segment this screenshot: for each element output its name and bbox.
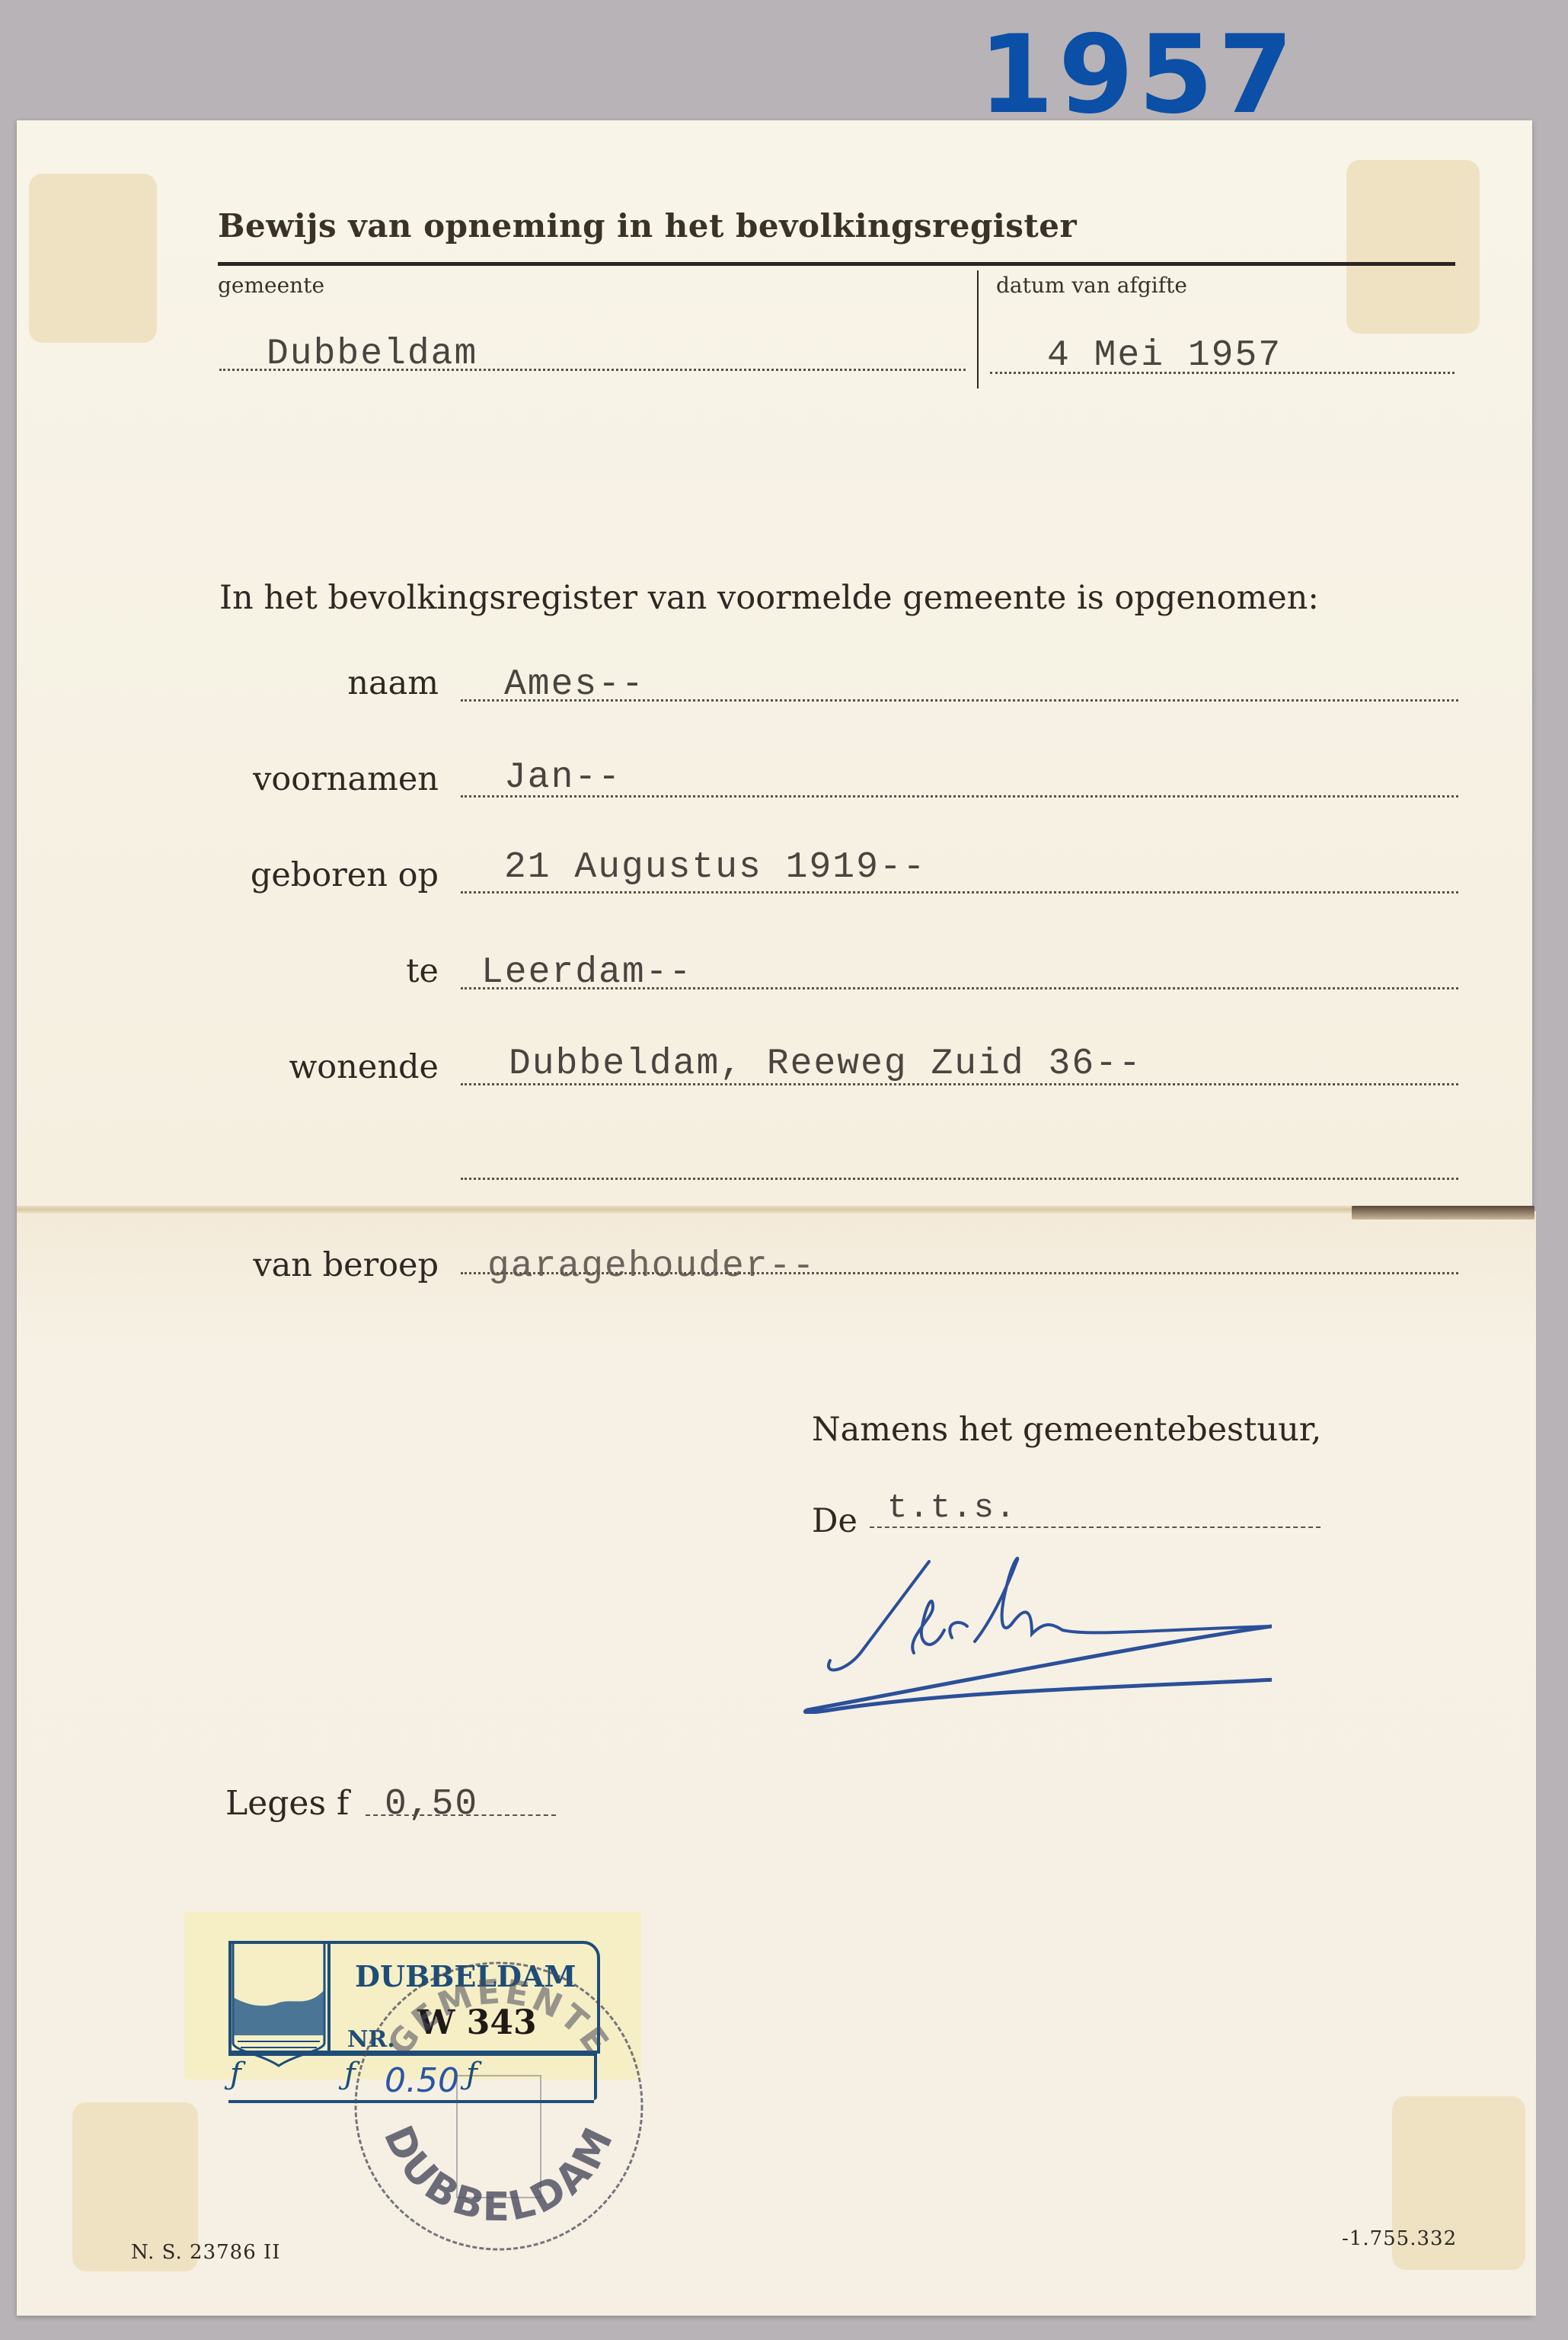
- field-label-van-beroep: van beroep: [187, 1246, 439, 1284]
- print-run-number: -1.755.332: [1342, 2227, 1457, 2250]
- de-value: t.t.s.: [887, 1489, 1017, 1527]
- tape-mark-top-right: [1346, 160, 1480, 334]
- field-line-geboren-op: [461, 891, 1458, 893]
- de-dotted-line: [870, 1526, 1321, 1528]
- postmark-icon: DUBBELDAM GEMEENTE: [350, 1958, 647, 2255]
- datum-label: datum van afgifte: [996, 273, 1187, 298]
- fee-dotted-line: [366, 1814, 556, 1816]
- tape-mark-top-left: [29, 174, 157, 343]
- document-title: Bewijs van opneming in het bevolkingsreg…: [218, 207, 1077, 245]
- header-column-divider: [977, 270, 979, 388]
- field-line-van-beroep: [461, 1272, 1458, 1274]
- svg-text:GEMEENTE: GEMEENTE: [380, 1972, 618, 2063]
- field-label-wonende: wonende: [187, 1048, 439, 1086]
- intro-text: In het bevolkingsregister van voormelde …: [219, 579, 1319, 617]
- field-label-geboren-op: geboren op: [187, 856, 439, 894]
- field-value-voornamen: Jan--: [504, 757, 621, 798]
- field-line-voornamen: [461, 795, 1458, 798]
- tear-mark: [1352, 1206, 1534, 1220]
- field-label-voornamen: voornamen: [187, 760, 439, 798]
- field-value-van-beroep: garagehouder--: [487, 1246, 816, 1287]
- on-behalf-text: Namens het gemeentebestuur,: [812, 1411, 1321, 1449]
- florin-symbol-1: ƒ: [230, 2057, 241, 2092]
- year-label: 1957: [979, 21, 1298, 129]
- gemeente-label: gemeente: [218, 273, 324, 298]
- svg-text:DUBBELDAM: DUBBELDAM: [375, 2118, 624, 2230]
- paper-lower-half: [17, 1211, 1536, 2316]
- field-line-naam: [461, 699, 1458, 702]
- field-line-te: [461, 987, 1458, 989]
- signature-icon: [800, 1546, 1272, 1714]
- fold-line: [17, 1206, 1532, 1213]
- datum-value: 4 Mei 1957: [1047, 335, 1282, 376]
- coat-of-arms-icon: [232, 1944, 326, 2093]
- fee-value: 0,50: [385, 1784, 478, 1825]
- field-label-naam: naam: [187, 664, 439, 702]
- datum-dotted-line: [990, 372, 1455, 374]
- field-label-te: te: [187, 952, 439, 990]
- postmark-top-text: GEMEENTE: [380, 1972, 618, 2063]
- de-label: De: [812, 1502, 857, 1540]
- field-line-extra: [461, 1178, 1458, 1180]
- form-code: N. S. 23786 II: [131, 2241, 281, 2264]
- fee-label: Leges f: [225, 1784, 349, 1823]
- field-line-wonende: [461, 1083, 1458, 1085]
- field-value-wonende: Dubbeldam, Reeweg Zuid 36--: [509, 1044, 1142, 1085]
- title-rule: [218, 262, 1455, 266]
- stamp-crest-divider: [327, 1942, 331, 2055]
- gemeente-dotted-line: [219, 369, 966, 371]
- field-value-geboren-op: 21 Augustus 1919--: [504, 847, 926, 888]
- postmark-bottom-text: DUBBELDAM: [375, 2118, 624, 2230]
